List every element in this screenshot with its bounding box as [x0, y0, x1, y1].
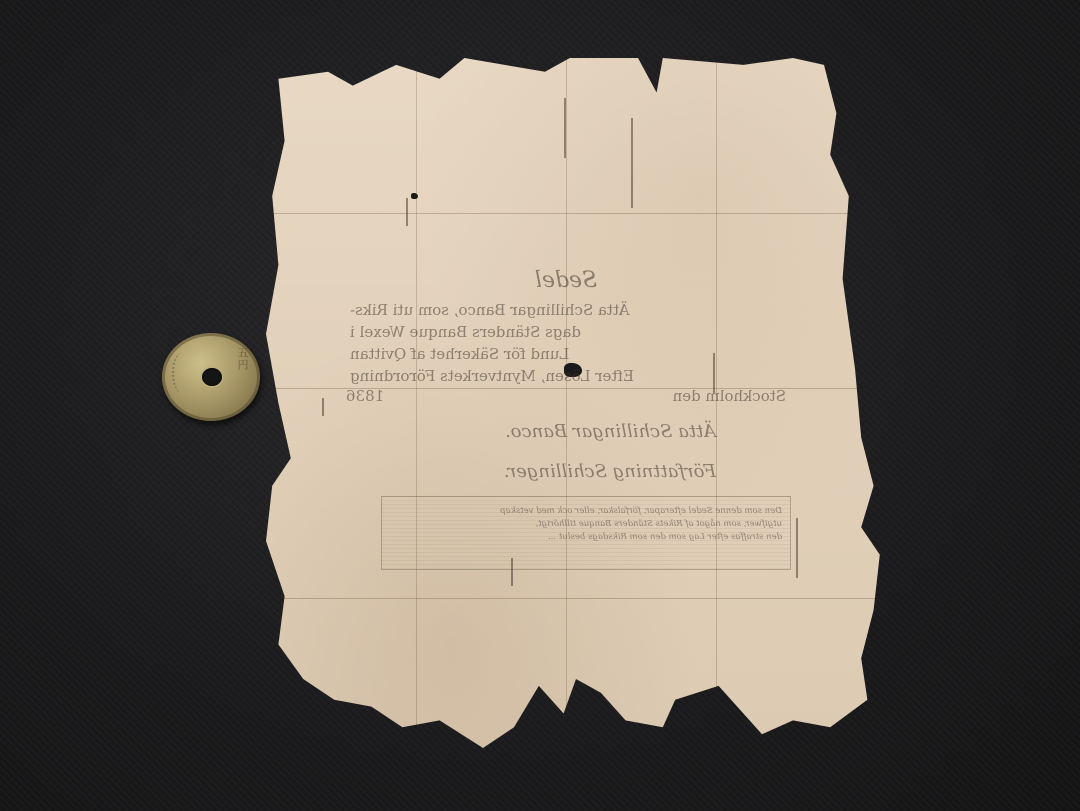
- note-line: Efter Lösen, Myntverkets Förordning: [346, 365, 786, 387]
- crack: [631, 118, 633, 208]
- fold-crease: [266, 598, 886, 599]
- mirrored-note-text: Sedel Ätta Schillingar Banco, som uti Ri…: [346, 268, 786, 485]
- crack: [564, 98, 566, 158]
- paper-hole: [411, 193, 418, 199]
- note-title: Sedel: [346, 268, 786, 293]
- note-signature: Ätta Schillingar Banco.: [346, 419, 786, 445]
- fineprint-line: utgifwer, som något af Rikets Ständers B…: [390, 518, 782, 531]
- fineprint-line: Den som denne Sedel efterapar, förfalska…: [390, 505, 782, 518]
- note-place: Stockholm den: [673, 387, 786, 405]
- coin-rice-stalk-engraving: [172, 353, 192, 393]
- coin-center-hole: [202, 368, 222, 386]
- crack: [796, 518, 798, 578]
- fineprint-box: Den som denne Sedel efterapar, förfalska…: [381, 496, 791, 570]
- coin-engraving: 五円: [234, 347, 250, 371]
- crack: [406, 198, 408, 226]
- crack: [322, 398, 324, 416]
- note-line: Ätta Schillingar Banco, som uti Riks-: [346, 299, 786, 321]
- note-signature: Författning Schillinger.: [346, 459, 786, 485]
- fold-crease: [266, 213, 886, 214]
- banknote-paper: Sedel Ätta Schillingar Banco, som uti Ri…: [266, 58, 886, 748]
- note-line: Lund för Säkerhet af Qvittan: [346, 343, 786, 365]
- note-line: dags Ständers Banque Wexel i: [346, 321, 786, 343]
- note-year: 1836: [346, 387, 384, 405]
- fineprint-line: den straffas efter Lag som den som Riksd…: [390, 531, 782, 544]
- coin: 五円: [162, 333, 260, 421]
